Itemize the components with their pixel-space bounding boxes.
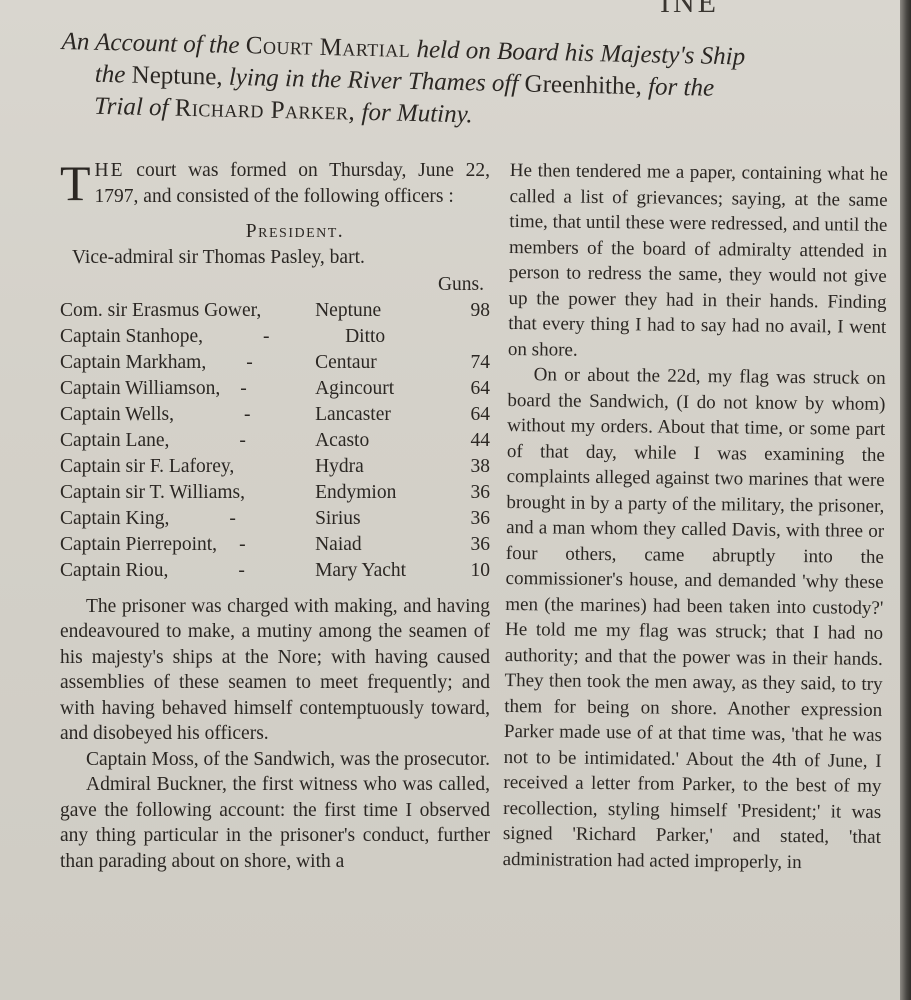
gun-count: 36 — [458, 506, 490, 532]
gun-count: 38 — [458, 454, 490, 480]
officer-name-text: Captain Lane, — [60, 430, 169, 451]
running-head: INE — [660, 0, 719, 20]
dash: - — [229, 508, 236, 529]
ship-name: Centaur — [315, 350, 458, 376]
article-title: An Account of the Court Martial held on … — [60, 26, 892, 141]
gun-count — [458, 324, 490, 350]
ship-name: Sirius — [315, 506, 458, 532]
ship-name: Hydra — [315, 454, 458, 480]
officer-name-text: Captain Wells, — [60, 404, 174, 425]
title-text: for Mutiny. — [361, 99, 473, 129]
officer-name: Captain Pierrepoint,- — [60, 532, 315, 558]
officer-name: Com. sir Erasmus Gower, — [60, 298, 315, 324]
ship-name: Ditto — [315, 324, 458, 350]
ship-name: Neptune — [315, 298, 458, 324]
dash: - — [240, 378, 247, 399]
officer-name-text: Captain Stanhope, — [60, 326, 203, 347]
left-column: THE court was formed on Thursday, June 2… — [60, 158, 490, 874]
ship-name: Agincourt — [315, 376, 458, 402]
flag-struck-paragraph: On or about the 22d, my flag was struck … — [503, 362, 886, 876]
title-text: for the — [648, 73, 715, 101]
officer-name-text: Captain Pierrepoint, — [60, 534, 217, 555]
gun-count: 74 — [458, 350, 490, 376]
dash: - — [239, 534, 246, 555]
table-row: Captain Riou,- Mary Yacht 10 — [60, 558, 490, 584]
dash: - — [244, 404, 251, 425]
spacer — [60, 584, 490, 594]
table-row: Captain Wells,- Lancaster 64 — [60, 402, 490, 428]
officer-name: Captain sir T. Williams, — [60, 480, 315, 506]
dash: - — [263, 326, 270, 347]
title-text: Trial of — [94, 93, 169, 122]
title-text-ship: Neptune, — [131, 62, 223, 91]
grievances-paragraph: He then tendered me a paper, containing … — [508, 158, 888, 366]
testimony-paragraph: Admiral Buckner, the first witness who w… — [60, 772, 490, 874]
table-row: Captain sir F. Laforey, Hydra 38 — [60, 454, 490, 480]
ship-name: Endymion — [315, 480, 458, 506]
table-row: Captain King,- Sirius 36 — [60, 506, 490, 532]
title-text-court-martial: Court Martial — [246, 32, 411, 63]
officer-name: Captain sir F. Laforey, — [60, 454, 315, 480]
gun-count: 10 — [458, 558, 490, 584]
officer-name-text: Captain Williamson, — [60, 378, 220, 399]
right-column: He then tendered me a paper, containing … — [503, 158, 888, 876]
officer-name: Captain King,- — [60, 506, 315, 532]
ship-name: Naiad — [315, 532, 458, 558]
officer-name: Captain Markham,- — [60, 350, 315, 376]
table-row: Captain Markham,- Centaur 74 — [60, 350, 490, 376]
drop-cap: T — [60, 162, 91, 204]
prosecutor-paragraph: Captain Moss, of the Sandwich, was the p… — [60, 747, 490, 773]
title-text: the — [95, 61, 126, 89]
charge-paragraph: The prisoner was charged with making, an… — [60, 594, 490, 747]
officer-name: Captain Riou,- — [60, 558, 315, 584]
table-row: Captain Williamson,- Agincourt 64 — [60, 376, 490, 402]
gun-count: 36 — [458, 532, 490, 558]
ship-name: Acasto — [315, 428, 458, 454]
table-row: Captain Lane,- Acasto 44 — [60, 428, 490, 454]
gun-count: 98 — [458, 298, 490, 324]
officer-name-text: Captain Markham, — [60, 352, 206, 373]
president-name: Vice-admiral sir Thomas Pasley, bart. — [72, 245, 490, 271]
intro-text: court was formed on Thursday, June 22, 1… — [95, 160, 490, 207]
dash: - — [246, 352, 253, 373]
gun-count: 44 — [458, 428, 490, 454]
gun-count: 64 — [458, 402, 490, 428]
officers-table: Com. sir Erasmus Gower, Neptune 98 Capta… — [60, 298, 490, 584]
dash: - — [239, 430, 246, 451]
ship-name: Mary Yacht — [315, 558, 458, 584]
title-text: An Account of the — [61, 28, 240, 59]
officer-name: Captain Wells,- — [60, 402, 315, 428]
title-text: lying in the River Thames off — [229, 64, 519, 98]
book-page: INE An Account of the Court Martial held… — [0, 0, 900, 1000]
officer-name: Captain Stanhope,- — [60, 324, 315, 350]
guns-column-header: Guns. — [60, 272, 484, 298]
intro-paragraph: THE court was formed on Thursday, June 2… — [60, 158, 490, 209]
gun-count: 36 — [458, 480, 490, 506]
title-text-place: Greenhithe, — [524, 71, 642, 101]
table-row: Captain sir T. Williams, Endymion 36 — [60, 480, 490, 506]
title-text: held on Board his Majesty's Ship — [416, 36, 745, 70]
table-row: Com. sir Erasmus Gower, Neptune 98 — [60, 298, 490, 324]
table-row: Captain Pierrepoint,- Naiad 36 — [60, 532, 490, 558]
officer-name: Captain Lane,- — [60, 428, 315, 454]
page-edge-shadow — [900, 0, 911, 1000]
intro-caps: HE — [95, 160, 125, 181]
table-row: Captain Stanhope,- Ditto — [60, 324, 490, 350]
ship-name: Lancaster — [315, 402, 458, 428]
gun-count: 64 — [458, 376, 490, 402]
officer-name-text: Captain King, — [60, 508, 169, 529]
president-heading: President. — [100, 219, 490, 245]
officer-name: Captain Williamson,- — [60, 376, 315, 402]
officer-name-text: Captain Riou, — [60, 560, 168, 581]
title-text-name: Richard Parker, — [174, 95, 355, 126]
dash: - — [238, 560, 245, 581]
